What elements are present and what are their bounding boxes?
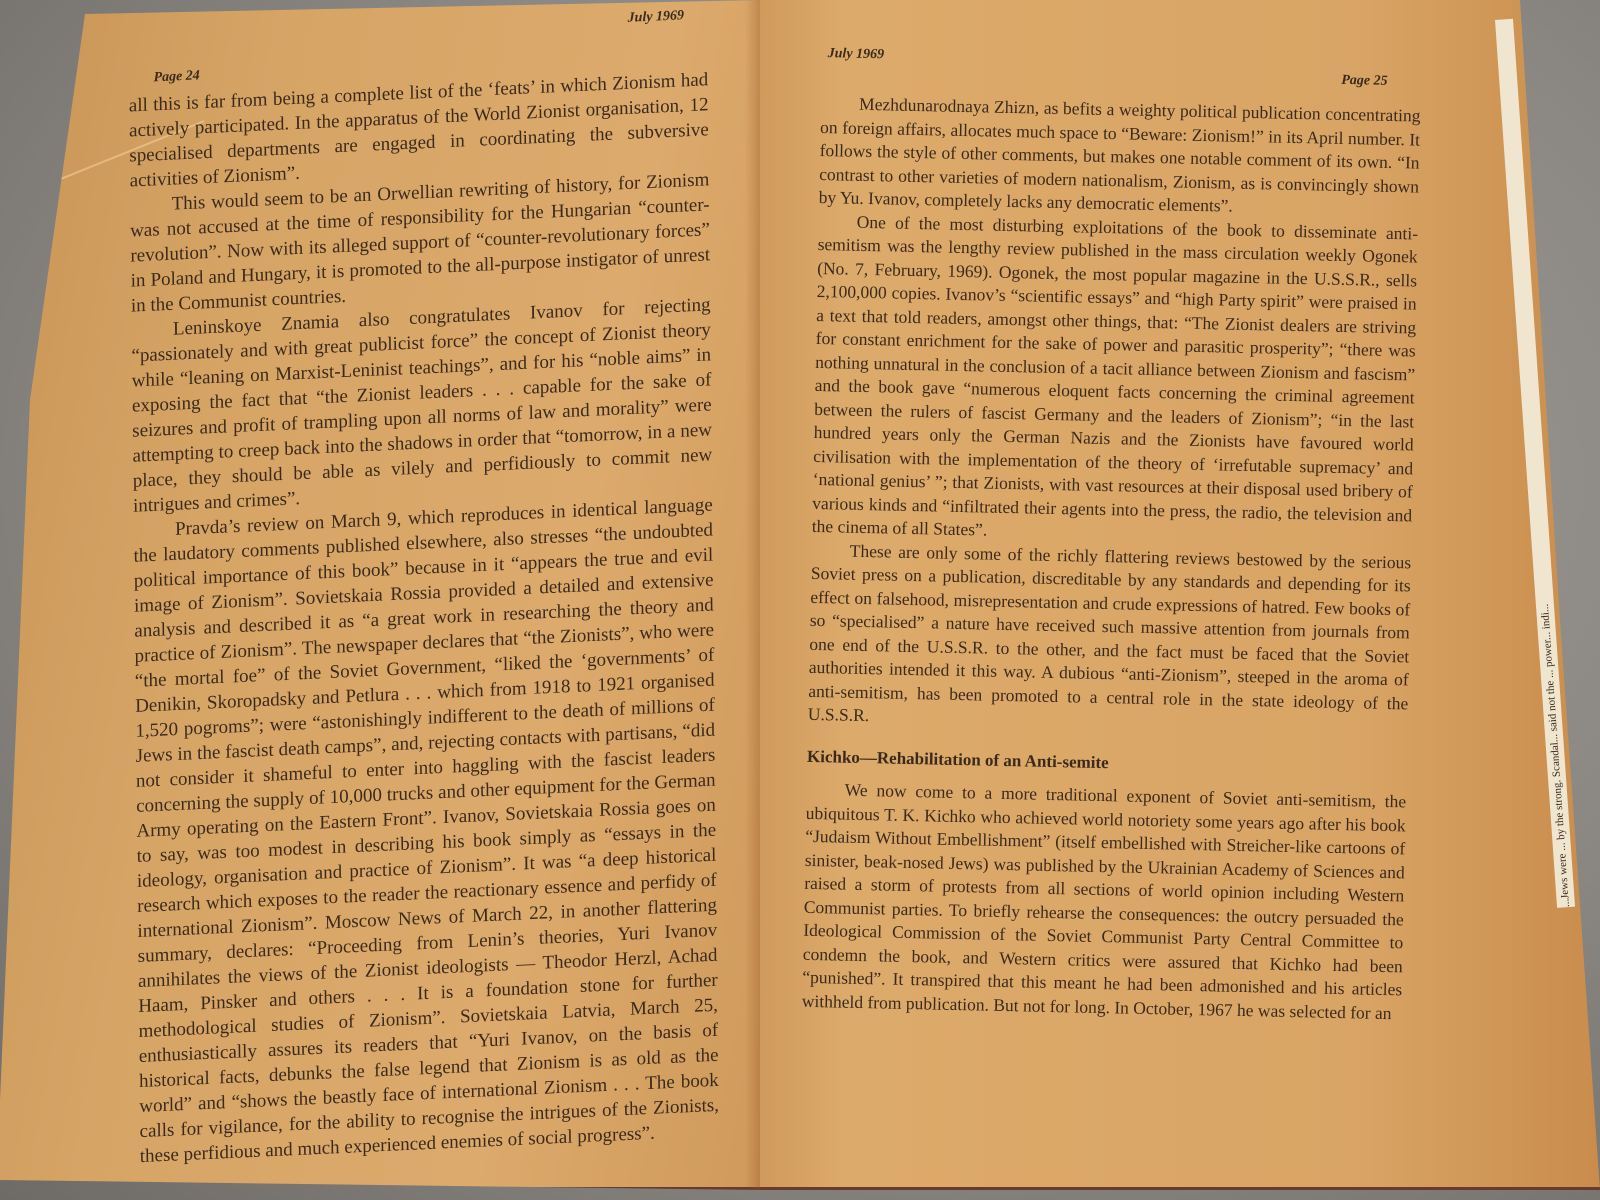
paragraph: Leninskoye Znamia also congratulates Iva… (131, 292, 712, 518)
paragraph: We now come to a more traditional expone… (802, 778, 1407, 1026)
left-body-column: all this is far from being a complete li… (129, 67, 720, 1169)
magazine-spread: July 1969 Page 24 all this is far from b… (0, 0, 1600, 1200)
right-running-head-date: July 1969 (828, 46, 885, 63)
left-page: July 1969 Page 24 all this is far from b… (0, 0, 760, 1190)
paragraph: Pravda’s review on March 9, which reprod… (133, 492, 719, 1169)
left-page-content: July 1969 Page 24 all this is far from b… (28, 0, 707, 20)
right-body-column: Mezhdunarodnaya Zhizn, as befits a weigh… (802, 92, 1421, 1025)
left-page-number: Page 24 (153, 68, 199, 86)
left-running-head-date: July 1969 (628, 8, 685, 27)
paragraph: One of the most disturbing exploitations… (812, 209, 1419, 550)
paragraph: These are only some of the richly flatte… (808, 538, 1412, 739)
section-heading: Kichko—Rehabilitation of an Anti-semite (807, 744, 1407, 780)
right-page-number: Page 25 (1341, 73, 1388, 90)
paragraph: Mezhdunarodnaya Zhizn, as befits a weigh… (818, 92, 1420, 222)
